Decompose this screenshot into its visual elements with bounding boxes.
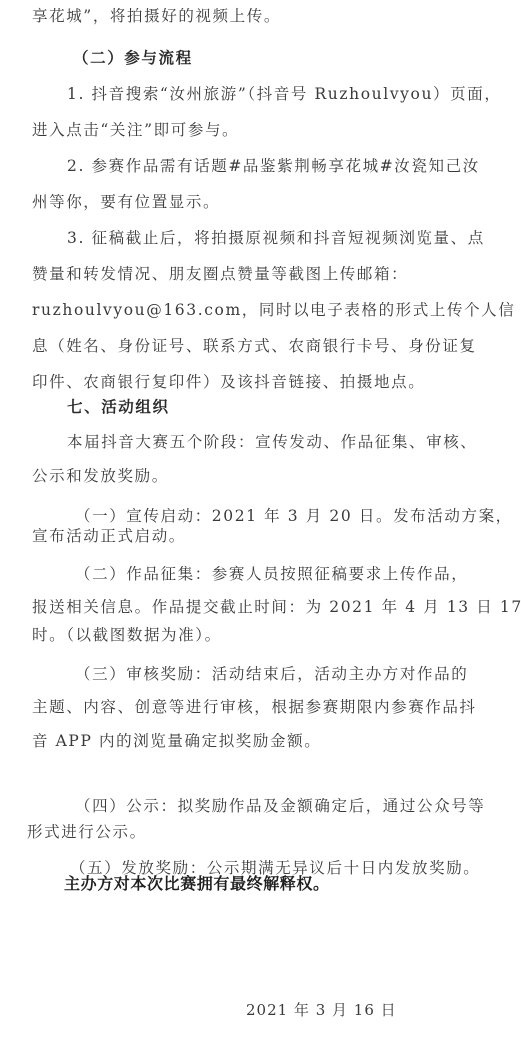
paragraph-line: （三）审核奖励：活动结束后，活动主办方对作品的 <box>75 664 468 684</box>
paragraph-line: 享花城”，将拍摄好的视频上传。 <box>32 6 281 26</box>
paragraph-line: （一）宣传启动：2021 年 3 月 20 日。发布活动方案， <box>75 506 513 526</box>
paragraph-line: 宣布活动正式启动。 <box>32 526 186 546</box>
paragraph-line: （四）公示：拟奖励作品及金额确定后，通过公众号等 <box>75 796 485 816</box>
paragraph-line: 主题、内容、创意等进行审核，根据参赛期限内参赛作品抖 <box>32 697 477 717</box>
section-heading-participation-process: （二）参与流程 <box>73 48 193 68</box>
document-date: 2021 年 3 月 16 日 <box>246 1000 397 1020</box>
paragraph-line: 进入点击“关注”即可参与。 <box>32 120 239 140</box>
paragraph-line: 音 APP 内的浏览量确定拟奖励金额。 <box>32 731 321 751</box>
paragraph-line: 3. 征稿截止后，将拍摄原视频和抖音短视频浏览量、点 <box>67 228 485 248</box>
section-heading-activity-organization: 七、活动组织 <box>67 397 170 417</box>
paragraph-line: （二）作品征集：参赛人员按照征稿要求上传作品， <box>75 564 468 584</box>
paragraph-line: ruzhoulvyou@163.com，同时以电子表格的形式上传个人信 <box>32 300 515 320</box>
paragraph-line: 息（姓名、身份证号、联系方式、农商银行卡号、身份证复 <box>32 336 477 356</box>
paragraph-line: 本届抖音大赛五个阶段：宣传发动、作品征集、审核、 <box>67 432 477 452</box>
paragraph-line: 州等你，要有位置显示。 <box>32 192 220 212</box>
paragraph-line: 赞量和转发情况、朋友圈点赞量等截图上传邮箱： <box>32 264 408 284</box>
paragraph-line: 1. 抖音搜索“汝州旅游”（抖音号 Ruzhoulvyou）页面， <box>67 84 501 104</box>
paragraph-line: 形式进行公示。 <box>27 822 147 842</box>
paragraph-line: 印件、农商银行复印件）及该抖音链接、拍摄地点。 <box>32 372 425 392</box>
final-statement: 主办方对本次比赛拥有最终解释权。 <box>64 874 330 894</box>
paragraph-line: 时。（以截图数据为准）。 <box>32 625 222 645</box>
paragraph-line: 2. 参赛作品需有话题#品鉴紫荆畅享花城#汝瓷知己汝 <box>67 156 480 176</box>
paragraph-line: 报送相关信息。作品提交截止时间：为 2021 年 4 月 13 日 17 <box>32 597 521 617</box>
paragraph-line: 公示和发放奖励。 <box>32 466 169 486</box>
